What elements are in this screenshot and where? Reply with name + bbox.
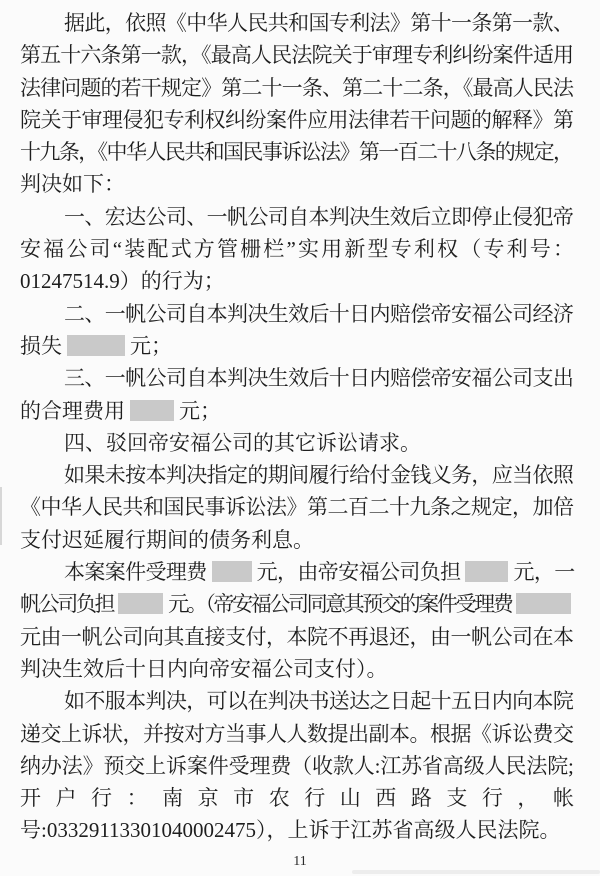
text-segment: 判决如下：	[20, 172, 125, 196]
text-line-10: 二、一帆公司自本判决生效后十日内赔偿帝安福公司经济	[20, 298, 574, 330]
court-judgment-page: 据此，依照《中华人民共和国专利法》第十一条第一款、第五十六条第一款，《最高人民法…	[0, 0, 600, 876]
text-segment: 支付迟延履行期间的债务利息。	[20, 528, 314, 552]
text-line-19: 帆公司负担元。（帝安福公司同意其预交的案件受理费	[20, 588, 574, 620]
text-segment: 十九条，《中华人民共和国民事诉讼法》第一百二十八条的规定，	[20, 140, 572, 164]
text-segment: 判决生效后十日内向帝安福公司支付）。	[20, 657, 388, 681]
text-line-5: 十九条，《中华人民共和国民事诉讼法》第一百二十八条的规定，	[20, 136, 574, 168]
text-line-9: 01247514.9）的行为；	[20, 265, 574, 297]
text-segment: 本案案件受理费	[64, 560, 207, 584]
text-line-24: 纳办法》预交上诉案件受理费（收款人:江苏省高级人民法院;	[20, 750, 574, 782]
text-segment: 安福公司“装配式方管栅栏”实用新型专利权（专利号：	[20, 237, 576, 261]
text-line-7: 一、宏达公司、一帆公司自本判决生效后立即停止侵犯帝	[20, 201, 574, 233]
text-line-8: 安福公司“装配式方管栅栏”实用新型专利权（专利号：	[20, 233, 574, 265]
redaction-box	[130, 400, 174, 421]
text-segment: 一、宏达公司、一帆公司自本判决生效后立即停止侵犯帝	[64, 205, 573, 229]
redaction-box	[465, 561, 508, 582]
text-segment: 元。（帝安福公司同意其预交的案件受理费	[168, 592, 511, 616]
text-segment: 如不服本判决，可以在判决书送达之日起十五日内向本院	[64, 689, 573, 713]
text-line-22: 如不服本判决，可以在判决书送达之日起十五日内向本院	[20, 685, 574, 717]
text-segment: 递交上诉状，并按对方当事人人数提出副本。根据《诉讼费交	[20, 722, 574, 746]
text-line-21: 判决生效后十日内向帝安福公司支付）。	[20, 653, 574, 685]
text-line-4: 院关于审理侵犯专利权纠纷案件应用法律若干问题的解释》第	[20, 104, 574, 136]
redaction-box	[118, 593, 163, 614]
text-segment: 帆公司负担	[20, 592, 113, 616]
redaction-box	[212, 561, 252, 582]
text-segment: 院关于审理侵犯专利权纠纷案件应用法律若干问题的解释》第	[20, 108, 574, 132]
text-segment: 元由一帆公司向其直接支付，本院不再退还，由一帆公司在本	[20, 625, 574, 649]
text-segment: 四、驳回帝安福公司的其它诉讼请求。	[64, 431, 421, 455]
text-segment: 第五十六条第一款，《最高人民法院关于审理专利纠纷案件适用	[20, 43, 573, 67]
text-line-18: 本案案件受理费元，由帝安福公司负担元，一	[20, 556, 574, 588]
text-line-12: 三、一帆公司自本判决生效后十日内赔偿帝安福公司支出	[20, 362, 574, 394]
text-segment: 二、一帆公司自本判决生效后十日内赔偿帝安福公司经济	[64, 302, 573, 326]
text-line-11: 损失元；	[20, 330, 574, 362]
text-segment: 元；	[130, 334, 172, 358]
text-line-15: 如果未按本判决指定的期间履行给付金钱义务，应当依照	[20, 459, 574, 491]
text-line-16: 《中华人民共和国民事诉讼法》第二百二十九条之规定，加倍	[20, 491, 574, 523]
redaction-box	[67, 335, 125, 356]
text-line-13: 的合理费用元；	[20, 395, 574, 427]
text-segment: 三、一帆公司自本判决生效后十日内赔偿帝安福公司支出	[64, 366, 573, 390]
text-line-14: 四、驳回帝安福公司的其它诉讼请求。	[20, 427, 574, 459]
text-segment: 开户行：南京市农行山西路支行，帐	[20, 786, 588, 810]
text-line-1: 据此，依照《中华人民共和国专利法》第十一条第一款、	[20, 7, 574, 39]
text-segment: 法律问题的若干规定》第二十一条、第二十二条，《最高人民法	[20, 76, 573, 100]
text-segment: 损失	[20, 334, 62, 358]
text-line-6: 判决如下：	[20, 168, 574, 200]
text-line-20: 元由一帆公司向其直接支付，本院不再退还，由一帆公司在本	[20, 621, 574, 653]
scan-edge-artifact	[0, 487, 2, 545]
text-line-17: 支付迟延履行期间的债务利息。	[20, 524, 574, 556]
redaction-box	[516, 593, 571, 614]
text-segment: 《中华人民共和国民事诉讼法》第二百二十九条之规定，加倍	[20, 495, 574, 519]
scan-shadow-artifact	[352, 870, 600, 874]
text-segment: 元，由帝安福公司负担	[257, 560, 461, 584]
text-segment: 据此，依照《中华人民共和国专利法》第十一条第一款、	[64, 11, 573, 35]
text-segment: 如果未按本判决指定的期间履行给付金钱义务，应当依照	[64, 463, 573, 487]
text-line-25: 开户行：南京市农行山西路支行，帐	[20, 782, 574, 814]
text-segment: 01247514.9）的行为；	[20, 269, 225, 293]
page-number: 11	[0, 854, 600, 870]
text-line-3: 法律问题的若干规定》第二十一条、第二十二条，《最高人民法	[20, 72, 574, 104]
text-segment: 的合理费用	[20, 399, 125, 423]
text-segment: 号:03329113301040002475），上诉于江苏省高级人民法院。	[20, 818, 561, 842]
text-line-23: 递交上诉状，并按对方当事人人数提出副本。根据《诉讼费交	[20, 718, 574, 750]
text-segment: 纳办法》预交上诉案件受理费（收款人:江苏省高级人民法院;	[20, 754, 574, 778]
text-line-26: 号:03329113301040002475），上诉于江苏省高级人民法院。	[20, 814, 574, 846]
text-line-2: 第五十六条第一款，《最高人民法院关于审理专利纠纷案件适用	[20, 39, 574, 71]
text-segment: 元；	[179, 399, 221, 423]
judgment-body: 据此，依照《中华人民共和国专利法》第十一条第一款、第五十六条第一款，《最高人民法…	[20, 7, 574, 847]
text-segment: 元，一	[513, 560, 574, 584]
